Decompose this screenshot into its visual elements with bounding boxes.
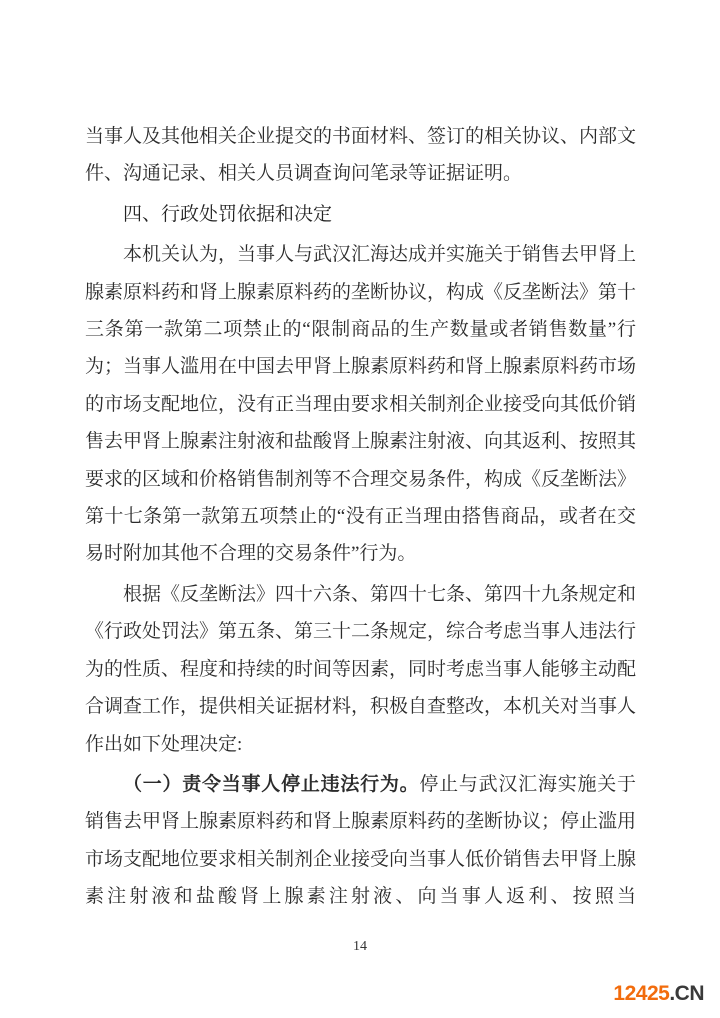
paragraph-decision-one: （一）责令当事人停止违法行为。停止与武汉汇海实施关于销售去甲肾上腺素原料药和肾上… <box>85 766 636 916</box>
document-body: 当事人及其他相关企业提交的书面材料、签订的相关协议、内部文件、沟通记录、相关人员… <box>85 118 636 916</box>
paragraph-legal-basis: 根据《反垄断法》四十六条、第四十七条、第四十九条规定和《行政处罚法》第五条、第三… <box>85 576 636 763</box>
site-watermark: 12425.CN <box>613 982 704 1006</box>
document-page: 当事人及其他相关企业提交的书面材料、签订的相关协议、内部文件、沟通记录、相关人员… <box>0 0 720 1018</box>
page-number: 14 <box>0 939 720 955</box>
decision-lead-bold: （一）责令当事人停止违法行为。 <box>123 774 419 795</box>
paragraph-findings: 本机关认为，当事人与武汉汇海达成并实施关于销售去甲肾上腺素原料药和肾上腺素原料药… <box>85 236 636 573</box>
section-heading: 四、行政处罚依据和决定 <box>85 196 636 233</box>
watermark-number: 12425 <box>613 982 669 1005</box>
paragraph-continuation: 当事人及其他相关企业提交的书面材料、签订的相关协议、内部文件、沟通记录、相关人员… <box>85 118 636 193</box>
watermark-tld: .CN <box>669 982 704 1005</box>
